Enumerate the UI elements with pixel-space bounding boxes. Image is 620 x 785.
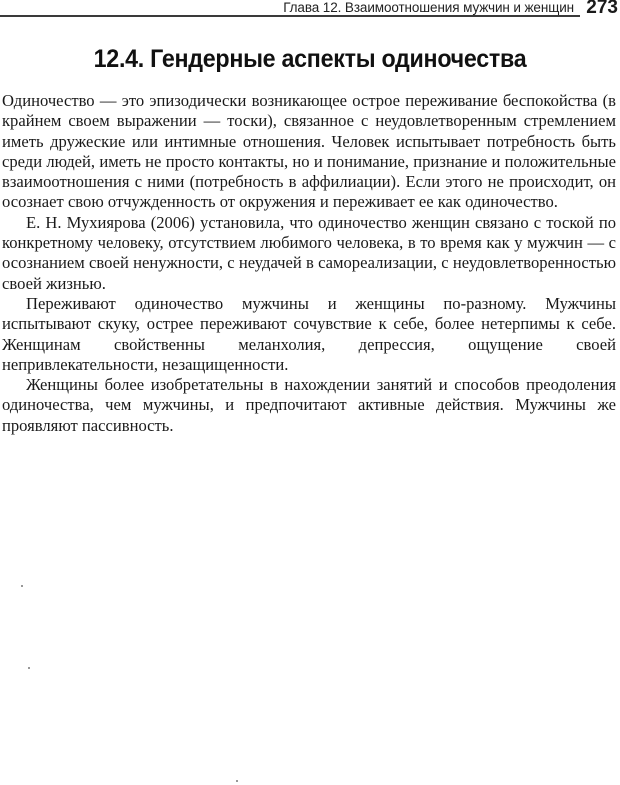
scan-speck [236,780,238,782]
paragraph-mukhiyarova: Е. Н. Мухиярова (2006) установила, что о… [2,213,616,294]
chapter-title: Глава 12. Взаимоотношения мужчин и женщи… [279,0,574,15]
paragraph-definition: Одиночество — это эпизодически возникающ… [2,91,616,213]
paragraph-gender-differences: Переживают одиночество мужчины и женщины… [2,294,616,375]
scan-speck [21,585,23,587]
paragraph-coping: Женщины более изобретательны в нахождени… [2,375,616,436]
header-rule [0,15,580,17]
section-title: 12.4. Гендерные аспекты одиночества [22,44,599,74]
body-text: Одиночество — это эпизодически возникающ… [2,91,616,436]
page-number: 273 [586,0,618,18]
scan-speck [28,667,30,669]
running-header: Глава 12. Взаимоотношения мужчин и женщи… [0,0,620,24]
